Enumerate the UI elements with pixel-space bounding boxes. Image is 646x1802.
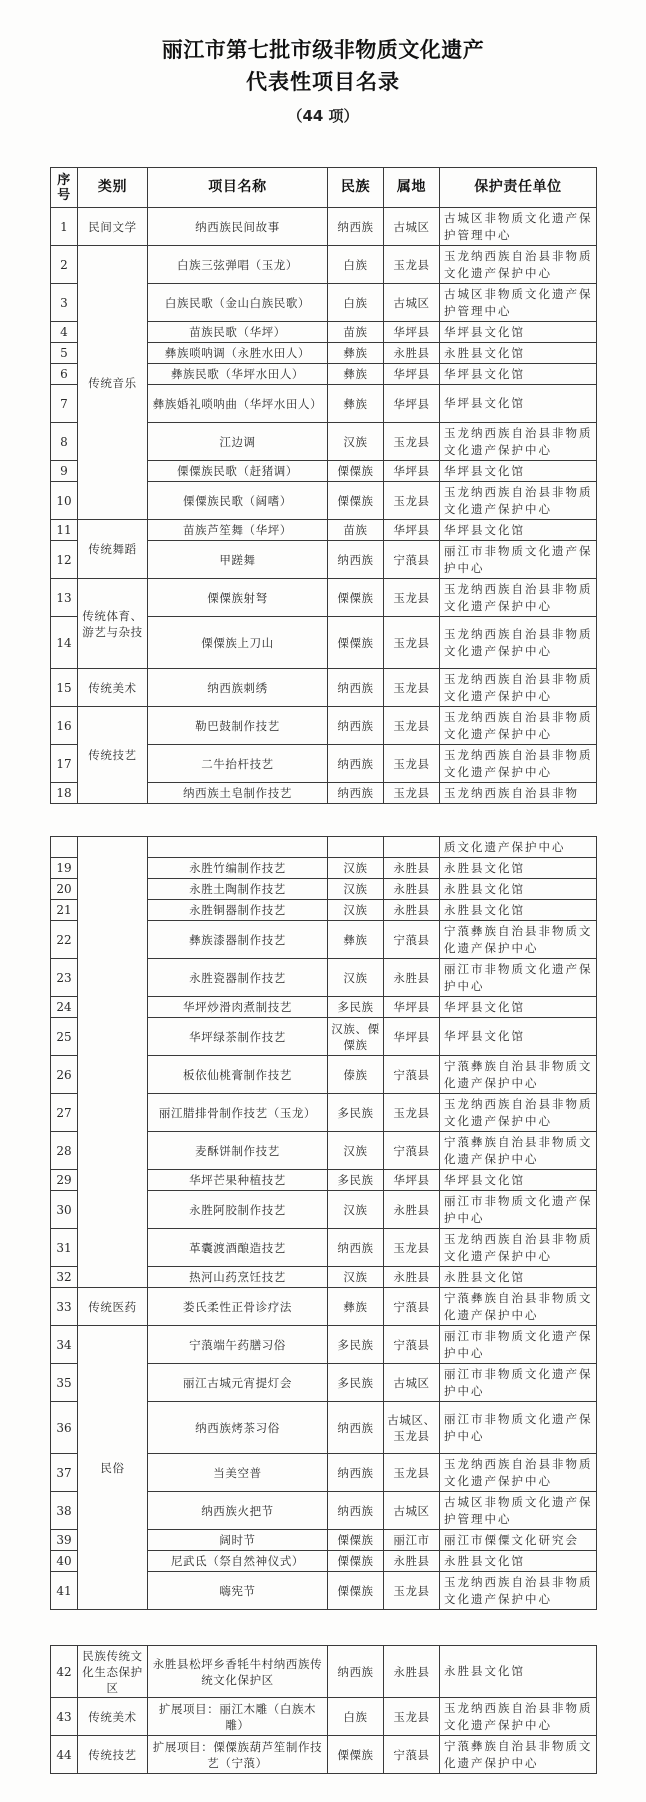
cell-name: 白族民歌（金山白族民歌） bbox=[148, 284, 328, 322]
cell-unit: 永胜县文化馆 bbox=[440, 1267, 597, 1288]
table-row: 13传统体育、游艺与杂技傈僳族射弩傈僳族玉龙县玉龙纳西族自治县非物质文化遗产保护… bbox=[51, 579, 597, 617]
cell-ethnicity: 傈僳族 bbox=[328, 1572, 384, 1610]
cell-unit: 华坪县文化馆 bbox=[440, 997, 597, 1018]
cell-no: 18 bbox=[51, 783, 78, 804]
cell-unit: 玉龙纳西族自治县非物质文化遗产保护中心 bbox=[440, 482, 597, 520]
table-row: 44传统技艺扩展项目：傈僳族葫芦笙制作技艺（宁蒗）傈僳族宁蒗县宁蒗彝族自治县非物… bbox=[51, 1736, 597, 1774]
cell-no: 30 bbox=[51, 1191, 78, 1229]
cell-unit: 华坪县文化馆 bbox=[440, 520, 597, 541]
cell-unit: 玉龙纳西族自治县非物质文化遗产保护中心 bbox=[440, 1094, 597, 1132]
cell-no: 35 bbox=[51, 1364, 78, 1402]
cell-unit: 玉龙纳西族自治县非物 bbox=[440, 783, 597, 804]
cell-category: 民族传统文化生态保护区 bbox=[78, 1646, 148, 1698]
cell-no: 38 bbox=[51, 1492, 78, 1530]
cell-category: 传统美术 bbox=[78, 1698, 148, 1736]
cell-region bbox=[384, 837, 440, 858]
cell-name: 娄氏柔性正骨诊疗法 bbox=[148, 1288, 328, 1326]
cell-ethnicity: 纳西族 bbox=[328, 669, 384, 707]
cell-name: 华坪绿茶制作技艺 bbox=[148, 1018, 328, 1056]
cell-name: 永胜土陶制作技艺 bbox=[148, 879, 328, 900]
cell-ethnicity: 彝族 bbox=[328, 1288, 384, 1326]
cell-region: 玉龙县 bbox=[384, 1454, 440, 1492]
cell-no: 2 bbox=[51, 246, 78, 284]
header-unit: 保护责任单位 bbox=[440, 168, 597, 208]
cell-ethnicity: 傈僳族 bbox=[328, 482, 384, 520]
cell-no: 40 bbox=[51, 1551, 78, 1572]
header-name: 项目名称 bbox=[148, 168, 328, 208]
cell-name: 丽江古城元宵提灯会 bbox=[148, 1364, 328, 1402]
cell-name: 苗族芦笙舞（华坪） bbox=[148, 520, 328, 541]
cell-category-continued bbox=[78, 837, 148, 1288]
cell-ethnicity: 彝族 bbox=[328, 364, 384, 385]
cell-region: 宁蒗县 bbox=[384, 541, 440, 579]
cell-no: 21 bbox=[51, 900, 78, 921]
cell-unit: 华坪县文化馆 bbox=[440, 364, 597, 385]
cell-region: 永胜县 bbox=[384, 1267, 440, 1288]
cell-ethnicity: 傈僳族 bbox=[328, 579, 384, 617]
cell-ethnicity: 汉族 bbox=[328, 858, 384, 879]
cell-unit: 华坪县文化馆 bbox=[440, 385, 597, 423]
cell-region: 古城区 bbox=[384, 1364, 440, 1402]
cell-region: 华坪县 bbox=[384, 1170, 440, 1191]
cell-unit: 华坪县文化馆 bbox=[440, 1170, 597, 1191]
table-row: 16传统技艺勒巴鼓制作技艺纳西族玉龙县玉龙纳西族自治县非物质文化遗产保护中心 bbox=[51, 707, 597, 745]
cell-region: 古城区 bbox=[384, 1492, 440, 1530]
cell-unit: 宁蒗彝族自治县非物质文化遗产保护中心 bbox=[440, 1132, 597, 1170]
cell-name: 宁蒗端午药膳习俗 bbox=[148, 1326, 328, 1364]
table-row: 34民俗宁蒗端午药膳习俗多民族宁蒗县丽江市非物质文化遗产保护中心 bbox=[51, 1326, 597, 1364]
cell-region: 宁蒗县 bbox=[384, 1056, 440, 1094]
table-row-continuation: 质文化遗产保护中心 bbox=[51, 837, 597, 858]
cell-no: 36 bbox=[51, 1402, 78, 1454]
cell-ethnicity: 汉族 bbox=[328, 1267, 384, 1288]
cell-no: 8 bbox=[51, 423, 78, 461]
table-row: 33传统医药娄氏柔性正骨诊疗法彝族宁蒗县宁蒗彝族自治县非物质文化遗产保护中心 bbox=[51, 1288, 597, 1326]
cell-name: 彝族唢呐调（永胜水田人） bbox=[148, 343, 328, 364]
cell-category: 民间文学 bbox=[78, 208, 148, 246]
cell-no: 39 bbox=[51, 1530, 78, 1551]
cell-name: 勒巴鼓制作技艺 bbox=[148, 707, 328, 745]
cell-name: 彝族漆器制作技艺 bbox=[148, 921, 328, 959]
cell-ethnicity bbox=[328, 837, 384, 858]
cell-name: 傈僳族民歌（阔嗜） bbox=[148, 482, 328, 520]
cell-name: 傈僳族射弩 bbox=[148, 579, 328, 617]
cell-no: 22 bbox=[51, 921, 78, 959]
cell-region: 玉龙县 bbox=[384, 669, 440, 707]
cell-ethnicity: 傈僳族 bbox=[328, 461, 384, 482]
cell-unit: 宁蒗彝族自治县非物质文化遗产保护中心 bbox=[440, 1736, 597, 1774]
cell-unit: 宁蒗彝族自治县非物质文化遗产保护中心 bbox=[440, 1288, 597, 1326]
cell-unit: 丽江市非物质文化遗产保护中心 bbox=[440, 959, 597, 997]
cell-no bbox=[51, 837, 78, 858]
cell-name: 二牛抬杆技艺 bbox=[148, 745, 328, 783]
cell-name: 麦酥饼制作技艺 bbox=[148, 1132, 328, 1170]
cell-ethnicity: 汉族 bbox=[328, 1191, 384, 1229]
cell-ethnicity: 纳西族 bbox=[328, 1402, 384, 1454]
cell-region: 永胜县 bbox=[384, 900, 440, 921]
cell-category: 传统技艺 bbox=[78, 707, 148, 804]
cell-region: 玉龙县 bbox=[384, 482, 440, 520]
cell-ethnicity: 汉族 bbox=[328, 900, 384, 921]
table-row: 2传统音乐白族三弦弹唱（玉龙）白族玉龙县玉龙纳西族自治县非物质文化遗产保护中心 bbox=[51, 246, 597, 284]
cell-ethnicity: 白族 bbox=[328, 284, 384, 322]
cell-ethnicity: 纳西族 bbox=[328, 745, 384, 783]
cell-unit: 宁蒗彝族自治县非物质文化遗产保护中心 bbox=[440, 921, 597, 959]
heritage-table-page3: 42民族传统文化生态保护区永胜县松坪乡香牦牛村纳西族传统文化保护区纳西族永胜县永… bbox=[50, 1645, 597, 1774]
cell-no: 15 bbox=[51, 669, 78, 707]
document-title-line1: 丽江市第七批市级非物质文化遗产 bbox=[0, 34, 646, 64]
cell-unit: 玉龙纳西族自治县非物质文化遗产保护中心 bbox=[440, 669, 597, 707]
cell-name: 纳西族民间故事 bbox=[148, 208, 328, 246]
cell-ethnicity: 多民族 bbox=[328, 1326, 384, 1364]
cell-unit: 玉龙纳西族自治县非物质文化遗产保护中心 bbox=[440, 423, 597, 461]
cell-name: 纳西族烤茶习俗 bbox=[148, 1402, 328, 1454]
cell-ethnicity: 汉族 bbox=[328, 879, 384, 900]
cell-ethnicity: 纳西族 bbox=[328, 783, 384, 804]
cell-region: 古城区 bbox=[384, 208, 440, 246]
cell-no: 17 bbox=[51, 745, 78, 783]
document-title-line2: 代表性项目名录 bbox=[0, 66, 646, 96]
cell-name: 嗨宪节 bbox=[148, 1572, 328, 1610]
cell-name: 革囊渡酒酿造技艺 bbox=[148, 1229, 328, 1267]
cell-region: 玉龙县 bbox=[384, 707, 440, 745]
table-header-row: 序号 类别 项目名称 民族 属地 保护责任单位 bbox=[51, 168, 597, 208]
cell-region: 宁蒗县 bbox=[384, 1736, 440, 1774]
cell-region: 华坪县 bbox=[384, 364, 440, 385]
cell-category: 传统舞蹈 bbox=[78, 520, 148, 579]
cell-region: 华坪县 bbox=[384, 997, 440, 1018]
cell-no: 23 bbox=[51, 959, 78, 997]
cell-ethnicity: 纳西族 bbox=[328, 1646, 384, 1698]
cell-region: 玉龙县 bbox=[384, 579, 440, 617]
cell-region: 永胜县 bbox=[384, 858, 440, 879]
cell-no: 6 bbox=[51, 364, 78, 385]
cell-ethnicity: 汉族、傈僳族 bbox=[328, 1018, 384, 1056]
cell-unit: 永胜县文化馆 bbox=[440, 900, 597, 921]
cell-unit: 质文化遗产保护中心 bbox=[440, 837, 597, 858]
heritage-table-page2: 质文化遗产保护中心19永胜竹编制作技艺汉族永胜县永胜县文化馆20永胜土陶制作技艺… bbox=[50, 836, 597, 1610]
cell-unit: 古城区非物质文化遗产保护管理中心 bbox=[440, 1492, 597, 1530]
cell-unit: 丽江市非物质文化遗产保护中心 bbox=[440, 541, 597, 579]
cell-no: 29 bbox=[51, 1170, 78, 1191]
cell-unit: 玉龙纳西族自治县非物质文化遗产保护中心 bbox=[440, 1572, 597, 1610]
header-region: 属地 bbox=[384, 168, 440, 208]
cell-unit: 丽江市非物质文化遗产保护中心 bbox=[440, 1326, 597, 1364]
cell-unit: 玉龙纳西族自治县非物质文化遗产保护中心 bbox=[440, 1454, 597, 1492]
cell-unit: 玉龙纳西族自治县非物质文化遗产保护中心 bbox=[440, 617, 597, 669]
cell-unit: 华坪县文化馆 bbox=[440, 461, 597, 482]
cell-name: 华坪芒果种植技艺 bbox=[148, 1170, 328, 1191]
cell-no: 37 bbox=[51, 1454, 78, 1492]
cell-region: 玉龙县 bbox=[384, 617, 440, 669]
cell-no: 25 bbox=[51, 1018, 78, 1056]
cell-ethnicity: 白族 bbox=[328, 1698, 384, 1736]
cell-no: 27 bbox=[51, 1094, 78, 1132]
cell-region: 永胜县 bbox=[384, 343, 440, 364]
cell-name: 永胜县松坪乡香牦牛村纳西族传统文化保护区 bbox=[148, 1646, 328, 1698]
cell-ethnicity: 傈僳族 bbox=[328, 1736, 384, 1774]
cell-no: 41 bbox=[51, 1572, 78, 1610]
cell-no: 26 bbox=[51, 1056, 78, 1094]
cell-ethnicity: 多民族 bbox=[328, 997, 384, 1018]
cell-ethnicity: 傈僳族 bbox=[328, 1530, 384, 1551]
cell-region: 玉龙县 bbox=[384, 1094, 440, 1132]
cell-ethnicity: 苗族 bbox=[328, 322, 384, 343]
cell-name: 江边调 bbox=[148, 423, 328, 461]
cell-ethnicity: 彝族 bbox=[328, 343, 384, 364]
cell-unit: 玉龙纳西族自治县非物质文化遗产保护中心 bbox=[440, 745, 597, 783]
cell-unit: 永胜县文化馆 bbox=[440, 1551, 597, 1572]
item-count-label: （44 项） bbox=[0, 105, 646, 126]
cell-ethnicity: 多民族 bbox=[328, 1094, 384, 1132]
cell-region: 华坪县 bbox=[384, 1018, 440, 1056]
heritage-table-page1: 序号 类别 项目名称 民族 属地 保护责任单位 1民间文学纳西族民间故事纳西族古… bbox=[50, 167, 597, 804]
cell-no: 13 bbox=[51, 579, 78, 617]
cell-no: 42 bbox=[51, 1646, 78, 1698]
cell-no: 20 bbox=[51, 879, 78, 900]
cell-ethnicity: 纳西族 bbox=[328, 1454, 384, 1492]
cell-ethnicity: 汉族 bbox=[328, 423, 384, 461]
cell-no: 12 bbox=[51, 541, 78, 579]
cell-name: 丽江腊排骨制作技艺（玉龙） bbox=[148, 1094, 328, 1132]
cell-no: 32 bbox=[51, 1267, 78, 1288]
cell-name: 苗族民歌（华坪） bbox=[148, 322, 328, 343]
cell-no: 1 bbox=[51, 208, 78, 246]
cell-no: 10 bbox=[51, 482, 78, 520]
cell-region: 丽江市 bbox=[384, 1530, 440, 1551]
cell-name: 当美空普 bbox=[148, 1454, 328, 1492]
cell-category: 传统技艺 bbox=[78, 1736, 148, 1774]
cell-no: 3 bbox=[51, 284, 78, 322]
cell-no: 24 bbox=[51, 997, 78, 1018]
cell-unit: 永胜县文化馆 bbox=[440, 1646, 597, 1698]
cell-name: 甲蹉舞 bbox=[148, 541, 328, 579]
table-row: 15传统美术纳西族刺绣纳西族玉龙县玉龙纳西族自治县非物质文化遗产保护中心 bbox=[51, 669, 597, 707]
cell-region: 华坪县 bbox=[384, 385, 440, 423]
cell-region: 玉龙县 bbox=[384, 783, 440, 804]
cell-unit: 华坪县文化馆 bbox=[440, 322, 597, 343]
cell-name: 永胜竹编制作技艺 bbox=[148, 858, 328, 879]
cell-name: 永胜瓷器制作技艺 bbox=[148, 959, 328, 997]
cell-name: 白族三弦弹唱（玉龙） bbox=[148, 246, 328, 284]
cell-name: 扩展项目：傈僳族葫芦笙制作技艺（宁蒗） bbox=[148, 1736, 328, 1774]
cell-name: 热河山药烹饪技艺 bbox=[148, 1267, 328, 1288]
cell-ethnicity: 傈僳族 bbox=[328, 1551, 384, 1572]
cell-no: 7 bbox=[51, 385, 78, 423]
cell-name: 尼武氐（祭自然神仪式） bbox=[148, 1551, 328, 1572]
cell-region: 永胜县 bbox=[384, 1191, 440, 1229]
cell-ethnicity: 汉族 bbox=[328, 959, 384, 997]
cell-ethnicity: 纳西族 bbox=[328, 1492, 384, 1530]
cell-region: 华坪县 bbox=[384, 520, 440, 541]
cell-unit: 宁蒗彝族自治县非物质文化遗产保护中心 bbox=[440, 1056, 597, 1094]
cell-ethnicity: 纳西族 bbox=[328, 541, 384, 579]
cell-region: 永胜县 bbox=[384, 1646, 440, 1698]
cell-name: 彝族婚礼唢呐曲（华坪水田人） bbox=[148, 385, 328, 423]
cell-category: 传统医药 bbox=[78, 1288, 148, 1326]
cell-region: 宁蒗县 bbox=[384, 1288, 440, 1326]
cell-ethnicity: 傈僳族 bbox=[328, 617, 384, 669]
cell-region: 古城区、玉龙县 bbox=[384, 1402, 440, 1454]
cell-no: 5 bbox=[51, 343, 78, 364]
cell-unit: 丽江市傈僳文化研究会 bbox=[440, 1530, 597, 1551]
cell-unit: 永胜县文化馆 bbox=[440, 879, 597, 900]
cell-region: 玉龙县 bbox=[384, 745, 440, 783]
cell-no: 14 bbox=[51, 617, 78, 669]
cell-name: 阔时节 bbox=[148, 1530, 328, 1551]
cell-no: 19 bbox=[51, 858, 78, 879]
cell-name: 纳西族土皂制作技艺 bbox=[148, 783, 328, 804]
cell-no: 33 bbox=[51, 1288, 78, 1326]
cell-name: 永胜铜器制作技艺 bbox=[148, 900, 328, 921]
table-row: 11传统舞蹈苗族芦笙舞（华坪）苗族华坪县华坪县文化馆 bbox=[51, 520, 597, 541]
header-ethnicity: 民族 bbox=[328, 168, 384, 208]
cell-category: 传统体育、游艺与杂技 bbox=[78, 579, 148, 669]
cell-no: 9 bbox=[51, 461, 78, 482]
cell-unit: 丽江市非物质文化遗产保护中心 bbox=[440, 1402, 597, 1454]
cell-name: 傈僳族民歌（赶猪调） bbox=[148, 461, 328, 482]
table-row: 1民间文学纳西族民间故事纳西族古城区古城区非物质文化遗产保护管理中心 bbox=[51, 208, 597, 246]
cell-no: 44 bbox=[51, 1736, 78, 1774]
table-row: 42民族传统文化生态保护区永胜县松坪乡香牦牛村纳西族传统文化保护区纳西族永胜县永… bbox=[51, 1646, 597, 1698]
cell-unit: 玉龙纳西族自治县非物质文化遗产保护中心 bbox=[440, 1229, 597, 1267]
cell-unit: 华坪县文化馆 bbox=[440, 1018, 597, 1056]
cell-ethnicity: 傣族 bbox=[328, 1056, 384, 1094]
cell-region: 永胜县 bbox=[384, 1551, 440, 1572]
cell-name bbox=[148, 837, 328, 858]
cell-ethnicity: 多民族 bbox=[328, 1364, 384, 1402]
cell-region: 古城区 bbox=[384, 284, 440, 322]
cell-unit: 永胜县文化馆 bbox=[440, 343, 597, 364]
cell-ethnicity: 白族 bbox=[328, 246, 384, 284]
cell-category: 传统美术 bbox=[78, 669, 148, 707]
cell-ethnicity: 彝族 bbox=[328, 385, 384, 423]
cell-name: 永胜阿胶制作技艺 bbox=[148, 1191, 328, 1229]
cell-region: 玉龙县 bbox=[384, 246, 440, 284]
cell-category: 传统音乐 bbox=[78, 246, 148, 520]
cell-unit: 丽江市非物质文化遗产保护中心 bbox=[440, 1364, 597, 1402]
cell-unit: 古城区非物质文化遗产保护管理中心 bbox=[440, 208, 597, 246]
cell-no: 28 bbox=[51, 1132, 78, 1170]
cell-name: 纳西族火把节 bbox=[148, 1492, 328, 1530]
cell-name: 纳西族刺绣 bbox=[148, 669, 328, 707]
cell-no: 34 bbox=[51, 1326, 78, 1364]
cell-region: 华坪县 bbox=[384, 322, 440, 343]
cell-ethnicity: 多民族 bbox=[328, 1170, 384, 1191]
cell-unit: 玉龙纳西族自治县非物质文化遗产保护中心 bbox=[440, 1698, 597, 1736]
cell-name: 彝族民歌（华坪水田人） bbox=[148, 364, 328, 385]
cell-ethnicity: 纳西族 bbox=[328, 208, 384, 246]
cell-ethnicity: 纳西族 bbox=[328, 707, 384, 745]
cell-region: 玉龙县 bbox=[384, 1229, 440, 1267]
cell-unit: 永胜县文化馆 bbox=[440, 858, 597, 879]
cell-region: 玉龙县 bbox=[384, 1572, 440, 1610]
cell-name: 傈僳族上刀山 bbox=[148, 617, 328, 669]
cell-region: 玉龙县 bbox=[384, 1698, 440, 1736]
cell-region: 宁蒗县 bbox=[384, 1326, 440, 1364]
cell-name: 扩展项目：丽江木雕（白族木雕） bbox=[148, 1698, 328, 1736]
cell-no: 31 bbox=[51, 1229, 78, 1267]
cell-name: 华坪炒滑肉煮制技艺 bbox=[148, 997, 328, 1018]
cell-region: 永胜县 bbox=[384, 959, 440, 997]
header-category: 类别 bbox=[78, 168, 148, 208]
cell-unit: 玉龙纳西族自治县非物质文化遗产保护中心 bbox=[440, 246, 597, 284]
cell-unit: 玉龙纳西族自治县非物质文化遗产保护中心 bbox=[440, 579, 597, 617]
cell-region: 永胜县 bbox=[384, 879, 440, 900]
cell-ethnicity: 苗族 bbox=[328, 520, 384, 541]
table-row: 43传统美术扩展项目：丽江木雕（白族木雕）白族玉龙县玉龙纳西族自治县非物质文化遗… bbox=[51, 1698, 597, 1736]
cell-no: 43 bbox=[51, 1698, 78, 1736]
cell-name: 板依仙桃膏制作技艺 bbox=[148, 1056, 328, 1094]
cell-region: 宁蒗县 bbox=[384, 1132, 440, 1170]
cell-category: 民俗 bbox=[78, 1326, 148, 1610]
cell-ethnicity: 纳西族 bbox=[328, 1229, 384, 1267]
header-no: 序号 bbox=[51, 168, 78, 208]
cell-unit: 丽江市非物质文化遗产保护中心 bbox=[440, 1191, 597, 1229]
cell-unit: 古城区非物质文化遗产保护管理中心 bbox=[440, 284, 597, 322]
cell-region: 宁蒗县 bbox=[384, 921, 440, 959]
cell-unit: 玉龙纳西族自治县非物质文化遗产保护中心 bbox=[440, 707, 597, 745]
cell-ethnicity: 彝族 bbox=[328, 921, 384, 959]
cell-no: 11 bbox=[51, 520, 78, 541]
cell-region: 玉龙县 bbox=[384, 423, 440, 461]
cell-region: 华坪县 bbox=[384, 461, 440, 482]
cell-ethnicity: 汉族 bbox=[328, 1132, 384, 1170]
cell-no: 4 bbox=[51, 322, 78, 343]
cell-no: 16 bbox=[51, 707, 78, 745]
